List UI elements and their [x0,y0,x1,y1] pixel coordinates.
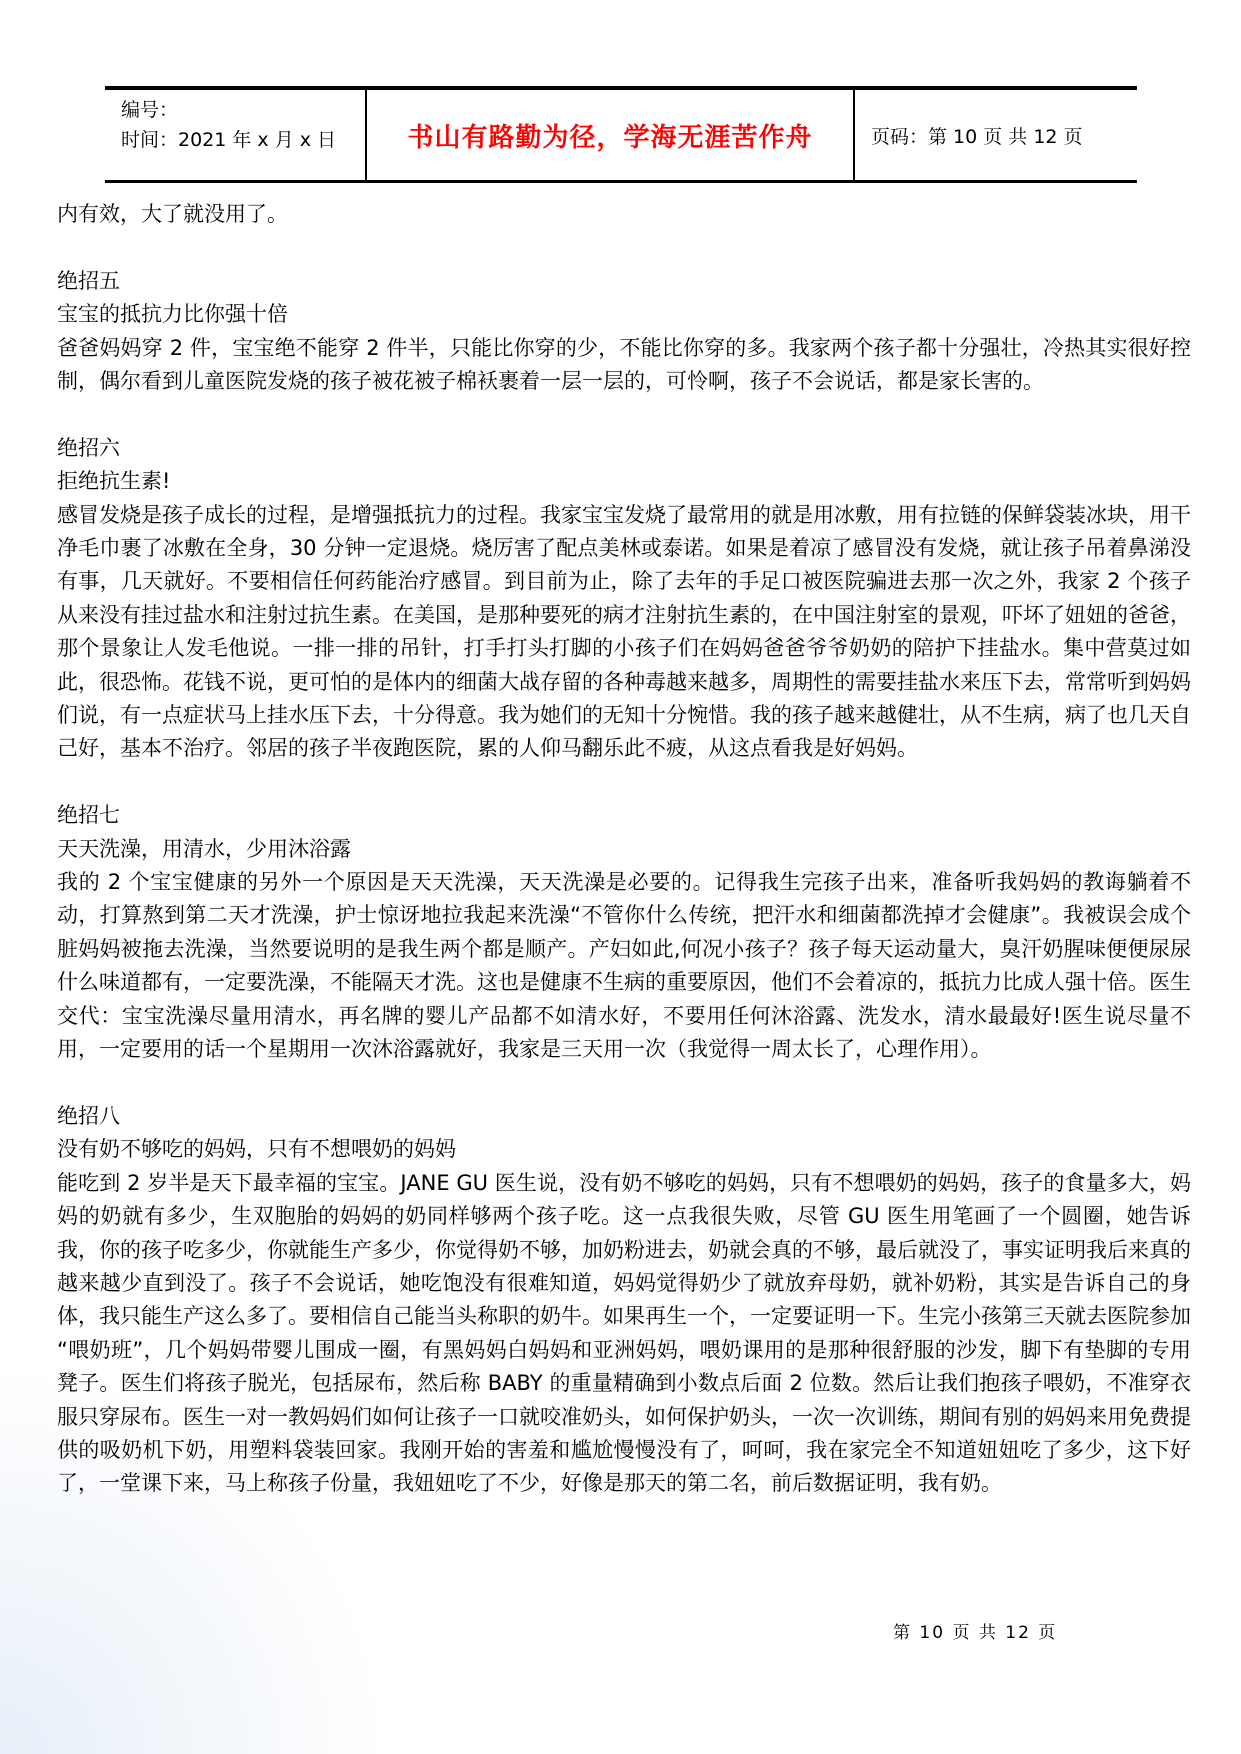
section-body: 爸爸妈妈穿 2 件，宝宝绝不能穿 2 件半，只能比你穿的少，不能比你穿的多。我家… [57,332,1191,399]
section-six: 绝招六 拒绝抗生素! 感冒发烧是孩子成长的过程，是增强抵抗力的过程。我家宝宝发烧… [57,432,1191,766]
header-page-cell: 页码：第 10 页 共 12 页 [855,90,1137,180]
section-subtitle: 拒绝抗生素! [57,465,1191,498]
section-eight: 绝招八 没有奶不够吃的妈妈，只有不想喂奶的妈妈 能吃到 2 岁半是天下最幸福的宝… [57,1100,1191,1501]
header-date-label: 时间：2021 年 x 月 x 日 [121,125,365,155]
intro-line: 内有效，大了就没用了。 [57,198,1191,231]
section-title: 绝招八 [57,1100,1191,1133]
header-page-label: 页码：第 10 页 共 12 页 [871,122,1083,149]
section-body: 我的 2 个宝宝健康的另外一个原因是天天洗澡，天天洗澡是必要的。记得我生完孩子出… [57,866,1191,1066]
document-body: 内有效，大了就没用了。 绝招五 宝宝的抵抗力比你强十倍 爸爸妈妈穿 2 件，宝宝… [57,198,1191,1501]
section-title: 绝招六 [57,432,1191,465]
header-motto-cell: 书山有路勤为径，学海无涯苦作舟 [367,90,855,180]
section-title: 绝招七 [57,799,1191,832]
footer-page-number: 第 10 页 共 12 页 [893,1623,1057,1643]
section-title: 绝招五 [57,265,1191,298]
header-meta-cell: 编号： 时间：2021 年 x 月 x 日 [105,90,367,180]
section-subtitle: 没有奶不够吃的妈妈，只有不想喂奶的妈妈 [57,1133,1191,1166]
document-page: 编号： 时间：2021 年 x 月 x 日 书山有路勤为径，学海无涯苦作舟 页码… [0,0,1241,1754]
section-five: 绝招五 宝宝的抵抗力比你强十倍 爸爸妈妈穿 2 件，宝宝绝不能穿 2 件半，只能… [57,265,1191,399]
page-footer: 第 10 页 共 12 页 [893,1618,1057,1643]
header-number-label: 编号： [121,95,365,125]
section-subtitle: 天天洗澡，用清水，少用沐浴露 [57,833,1191,866]
header-motto: 书山有路勤为径，学海无涯苦作舟 [407,117,812,154]
section-body: 感冒发烧是孩子成长的过程，是增强抵抗力的过程。我家宝宝发烧了最常用的就是用冰敷，… [57,499,1191,766]
section-seven: 绝招七 天天洗澡，用清水，少用沐浴露 我的 2 个宝宝健康的另外一个原因是天天洗… [57,799,1191,1066]
section-body: 能吃到 2 岁半是天下最幸福的宝宝。JANE GU 医生说，没有奶不够吃的妈妈，… [57,1167,1191,1501]
page-header-table: 编号： 时间：2021 年 x 月 x 日 书山有路勤为径，学海无涯苦作舟 页码… [105,86,1137,183]
section-subtitle: 宝宝的抵抗力比你强十倍 [57,298,1191,331]
